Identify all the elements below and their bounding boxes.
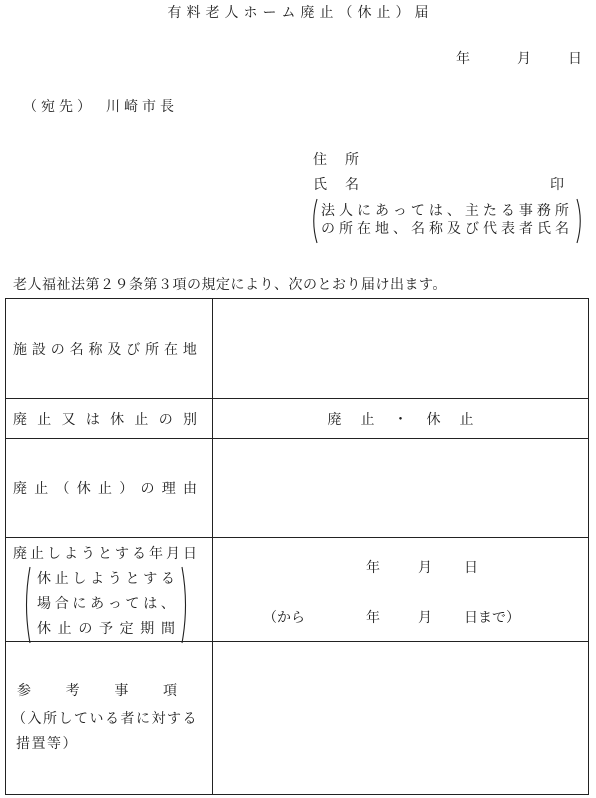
suspension-note-line2: 場合にあっては、 xyxy=(37,593,175,617)
facility-label-cell: 施設の名称及び所在地 xyxy=(6,299,213,398)
remarks-note-line1: （入所している者に対する xyxy=(12,707,212,732)
period-until-label: 日まで） xyxy=(464,607,520,627)
suspension-note-line1: 休止しようとする xyxy=(37,568,175,592)
date-year-label: 年 xyxy=(456,48,470,68)
period-from-label: （から xyxy=(263,607,305,627)
date-month-label: 月 xyxy=(517,48,531,68)
table-row-reason: 廃止（休止）の理由 xyxy=(6,438,588,537)
large-paren-right-icon xyxy=(576,198,585,244)
reason-label-cell: 廃止（休止）の理由 xyxy=(6,439,213,537)
date-label: 廃止しようとする年月日 xyxy=(13,543,197,563)
corporate-note: 法人にあっては、主たる事務所 の所在地、名称及び代表者氏名 xyxy=(309,198,585,244)
reason-input-area[interactable] xyxy=(213,439,588,537)
form-title: 有料老人ホーム廃止（休止）届 xyxy=(0,2,596,22)
period-year-label: 年 xyxy=(366,607,380,627)
type-label: 廃止又は休止の別 xyxy=(13,409,197,429)
remarks-label-cell: 参考事項 （入所している者に対する 措置等） xyxy=(6,642,213,794)
suspension-note-line3: 休止の予定期間 xyxy=(37,618,175,642)
date-label-cell: 廃止しようとする年月日 休止しようとする 場合にあっては、 休止の予定期間 xyxy=(6,538,213,641)
remarks-input-area[interactable] xyxy=(213,642,588,794)
remarks-label: 参考事項 xyxy=(17,679,177,704)
table-row-type: 廃止又は休止の別 廃止・休止 xyxy=(6,398,588,438)
seal-mark-label: 印 xyxy=(550,174,564,194)
remarks-note-line2: 措置等） xyxy=(16,732,212,757)
corporate-note-line1: 法人にあっては、主たる事務所 xyxy=(321,203,573,221)
notification-table: 施設の名称及び所在地 廃止又は休止の別 廃止・休止 廃止（休止）の理由 廃止しよ… xyxy=(5,298,589,795)
date-day-label: 日 xyxy=(568,48,582,68)
suspension-note: 休止しようとする 場合にあっては、 休止の予定期間 xyxy=(21,565,191,645)
large-paren-left-icon xyxy=(21,565,31,645)
table-row-remarks: 参考事項 （入所している者に対する 措置等） xyxy=(6,641,588,794)
reason-label: 廃止（休止）の理由 xyxy=(13,478,197,498)
large-paren-left-icon xyxy=(309,198,318,244)
corporate-note-line2: の所在地、名称及び代表者氏名 xyxy=(321,221,573,239)
address-label: 住 所 xyxy=(313,149,361,169)
date-year-field-label: 年 xyxy=(366,557,380,577)
date-month-field-label: 月 xyxy=(418,557,432,577)
type-choice-value: 廃止・休止 xyxy=(213,409,588,429)
addressee-line: （宛先） 川崎市長 xyxy=(23,96,178,116)
table-row-facility: 施設の名称及び所在地 xyxy=(6,299,588,398)
legal-statement: 老人福祉法第２９条第３項の規定により、次のとおり届け出ます。 xyxy=(13,274,447,294)
facility-input-area[interactable] xyxy=(213,299,588,398)
form-page: 有料老人ホーム廃止（休止）届 年 月 日 （宛先） 川崎市長 住 所 氏 名 印… xyxy=(0,0,596,798)
large-paren-right-icon xyxy=(181,565,191,645)
date-input-area[interactable]: 年 月 日 （から 年 月 日まで） xyxy=(213,538,588,641)
name-label: 氏 名 xyxy=(313,174,361,194)
facility-label: 施設の名称及び所在地 xyxy=(13,339,197,359)
date-day-field-label: 日 xyxy=(464,557,478,577)
type-choice-cell[interactable]: 廃止・休止 xyxy=(213,399,588,438)
period-month-label: 月 xyxy=(418,607,432,627)
table-row-date: 廃止しようとする年月日 休止しようとする 場合にあっては、 休止の予定期間 xyxy=(6,537,588,641)
type-label-cell: 廃止又は休止の別 xyxy=(6,399,213,438)
